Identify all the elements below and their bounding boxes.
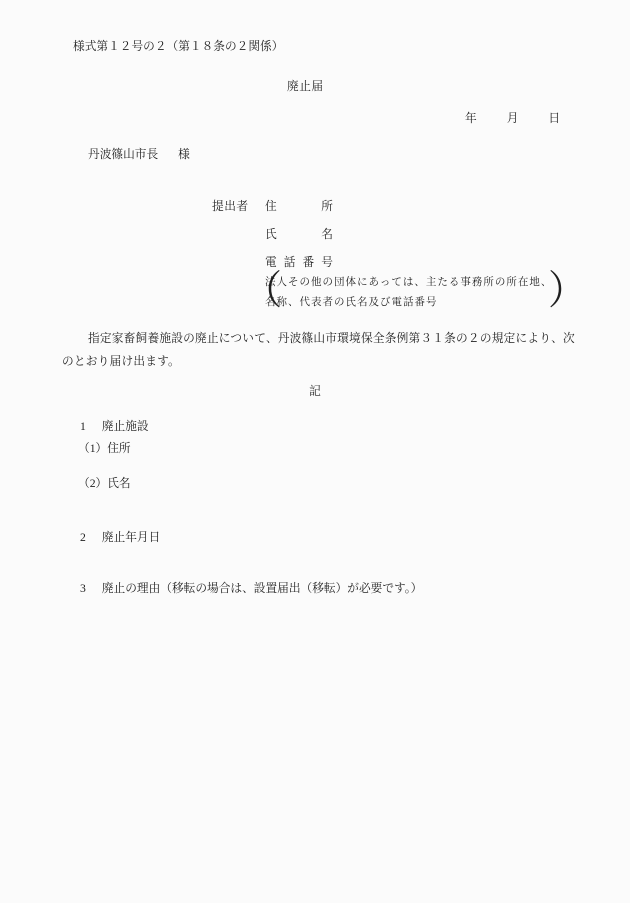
document-title: 廃止届: [287, 79, 324, 94]
item-3: 3 廃止の理由（移転の場合は、設置届出（移転）が必要です。）: [80, 581, 422, 596]
item-3-label: 廃止の理由（移転の場合は、設置届出（移転）が必要です。）: [102, 581, 422, 596]
item-2: 2 廃止年月日: [80, 530, 160, 545]
record-marker: 記: [0, 384, 630, 399]
addressee-line: 丹波篠山市長 様: [88, 147, 190, 162]
body-paragraph-line-1: 指定家畜飼養施設の廃止について、丹波篠山市環境保全条例第３１条の２の規定により、…: [88, 331, 575, 346]
date-day-label: 日: [548, 111, 560, 126]
phone-label-char3: 番: [303, 255, 315, 270]
submitter-name-row: 氏 名: [265, 227, 333, 242]
item-2-number: 2: [80, 530, 86, 545]
date-year-label: 年: [465, 111, 477, 126]
note-line-2: 名称、代表者の氏名及び電話番号: [265, 296, 438, 310]
note-close-paren: ）: [548, 270, 586, 312]
date-line: 年 月 日: [465, 111, 560, 126]
submitter-address-row: 住 所: [265, 199, 333, 214]
address-label-first: 住: [265, 199, 277, 214]
phone-label-char2: 話: [284, 255, 296, 270]
phone-label-char1: 電: [265, 255, 277, 270]
note-line-1: 法人その他の団体にあっては、主たる事務所の所在地、: [265, 276, 552, 290]
submitter-label: 提出者: [212, 199, 249, 214]
addressee-honorific: 様: [178, 147, 190, 162]
submitter-phone-row: 電 話 番 号: [265, 255, 333, 270]
item-2-label: 廃止年月日: [102, 530, 160, 545]
item-1-sub-1: （1）住所: [78, 441, 131, 456]
phone-label-char4: 号: [321, 255, 333, 270]
address-label-second: 所: [321, 199, 333, 214]
item-1-number: 1: [80, 419, 86, 434]
item-1-label: 廃止施設: [102, 419, 149, 434]
body-paragraph-line-2: のとおり届け出ます。: [62, 354, 180, 369]
item-1-sub-2: （2）氏名: [78, 476, 131, 491]
form-page: 様式第１２号の２（第１８条の２関係） 廃止届 年 月 日 丹波篠山市長 様 提出…: [0, 0, 630, 903]
form-number: 様式第１２号の２（第１８条の２関係）: [73, 39, 283, 54]
addressee-office: 丹波篠山市長: [88, 147, 158, 162]
date-month-label: 月: [507, 111, 519, 126]
name-label-first: 氏: [265, 227, 277, 242]
item-1: 1 廃止施設: [80, 419, 149, 434]
name-label-second: 名: [321, 227, 333, 242]
item-3-number: 3: [80, 581, 86, 596]
